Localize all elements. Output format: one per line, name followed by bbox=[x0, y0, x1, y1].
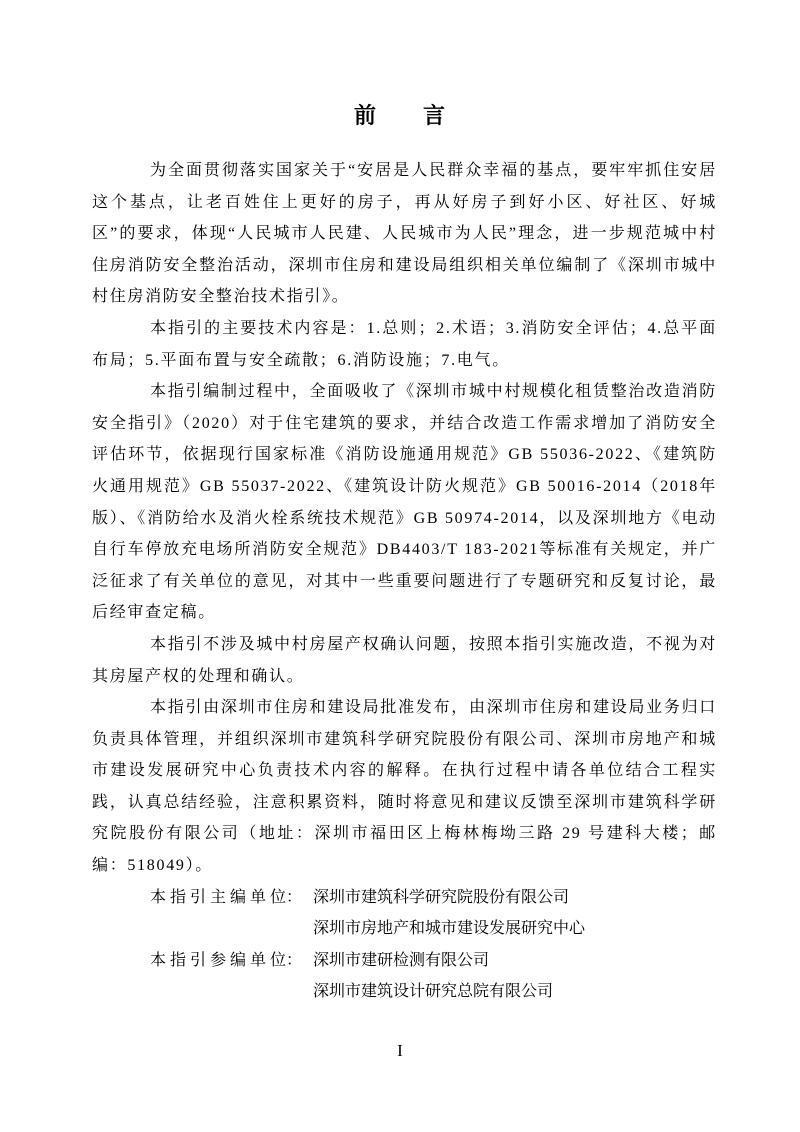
credit-value-chief-editor-2: 深圳市房地产和城市建设发展研究中心 bbox=[313, 920, 585, 937]
credit-value-participating-editor-2: 深圳市建筑设计研究总院有限公司 bbox=[313, 983, 553, 1000]
credit-line-participating-editor: 本 指 引 参 编 单 位：深圳市建研检测有限公司 bbox=[92, 945, 717, 977]
credit-label-chief-editor: 本 指 引 主 编 单 位： bbox=[150, 882, 302, 914]
credits-section: 本 指 引 主 编 单 位：深圳市建筑科学研究院股份有限公司 深圳市房地产和城市… bbox=[92, 882, 717, 1008]
paragraph-intro: 为全面贯彻落实国家关于“安居是人民群众幸福的基点，要牢牢抓住安居这个基点，让老百… bbox=[92, 155, 717, 313]
paragraph-management-feedback: 本指引由深圳市住房和建设局批准发布，由深圳市住房和建设局业务归口负责具体管理，并… bbox=[92, 692, 717, 882]
document-page: 前 言 为全面贯彻落实国家关于“安居是人民群众幸福的基点，要牢牢抓住安居这个基点… bbox=[0, 0, 800, 1132]
document-body: 为全面贯彻落实国家关于“安居是人民群众幸福的基点，要牢牢抓住安居这个基点，让老百… bbox=[92, 155, 717, 1008]
credit-value-participating-editor-1: 深圳市建研检测有限公司 bbox=[313, 952, 489, 969]
credit-line-chief-editor: 本 指 引 主 编 单 位：深圳市建筑科学研究院股份有限公司 bbox=[92, 882, 717, 914]
paragraph-property-rights: 本指引不涉及城中村房屋产权确认问题，按照本指引实施改造，不视为对其房屋产权的处理… bbox=[92, 629, 717, 692]
credit-line-chief-editor-continued: 深圳市房地产和城市建设发展研究中心 bbox=[92, 913, 717, 945]
credit-label-participating-editor: 本 指 引 参 编 单 位： bbox=[150, 945, 302, 977]
page-number: I bbox=[0, 1042, 800, 1060]
page-title: 前 言 bbox=[0, 0, 800, 128]
credit-line-participating-editor-continued: 深圳市建筑设计研究总院有限公司 bbox=[92, 976, 717, 1008]
paragraph-standards: 本指引编制过程中，全面吸收了《深圳市城中村规模化租赁整治改造消防安全指引》（20… bbox=[92, 376, 717, 629]
paragraph-contents: 本指引的主要技术内容是：1.总则；2.术语；3.消防安全评估；4.总平面布局；5… bbox=[92, 313, 717, 376]
credit-value-chief-editor-1: 深圳市建筑科学研究院股份有限公司 bbox=[313, 889, 569, 906]
